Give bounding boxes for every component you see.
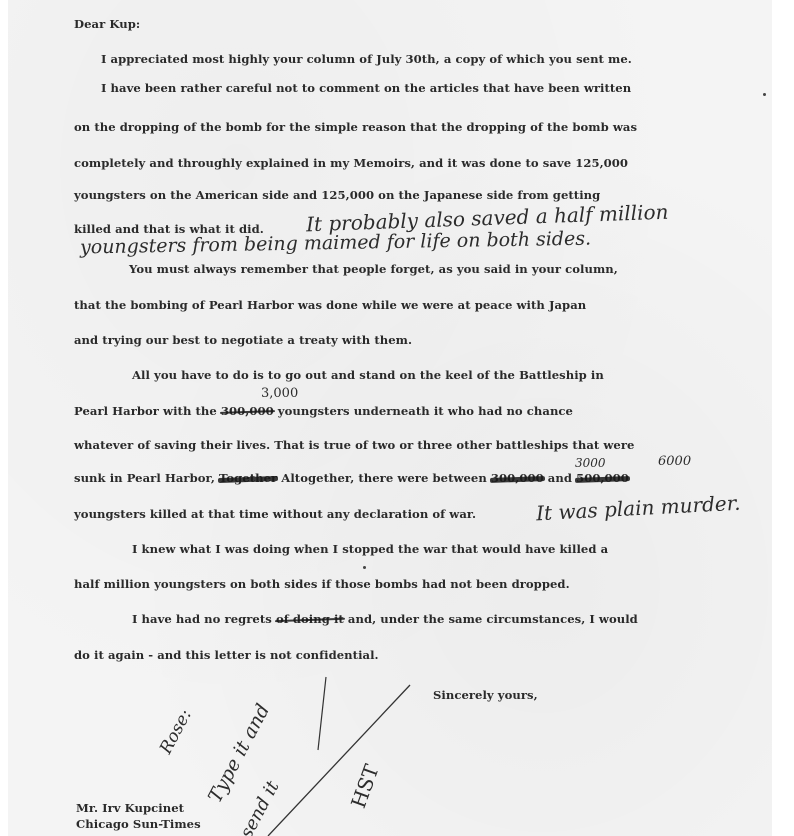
paragraph-4-line-5: youngsters killed at that time without a… [74, 507, 476, 521]
struck-phrase: of doing it [276, 612, 344, 626]
paragraph-4-line-4: sunk in Pearl Harbor, Together Altogethe… [74, 471, 629, 485]
paragraph-2-line-4: youngsters on the American side and 125,… [74, 188, 600, 202]
text-segment: Altogether, there were between [277, 471, 491, 485]
ink-mark [363, 566, 366, 569]
handwritten-correction-3000: 3,000 [261, 386, 298, 401]
paragraph-4-line-2: Pearl Harbor with the 300,000 youngsters… [74, 404, 573, 418]
paragraph-4-line-1: All you have to do is to go out and stan… [132, 368, 604, 382]
text-segment: and, under the same circumstances, I wou… [344, 612, 638, 626]
text-segment: youngsters underneath it who had no chan… [274, 404, 573, 418]
text-segment: I have had no regrets [132, 612, 276, 626]
paragraph-4-line-3: whatever of saving their lives. That is … [74, 438, 634, 452]
paragraph-6-line-1: I have had no regrets of doing it and, u… [132, 612, 638, 626]
paragraph-5-line-2: half million youngsters on both sides if… [74, 577, 570, 591]
struck-number: 300,000 [221, 404, 274, 418]
recipient-organization: Chicago Sun-Times [76, 817, 201, 831]
paragraph-2-line-1: I have been rather careful not to commen… [101, 81, 631, 95]
paragraph-1: I appreciated most highly your column of… [101, 52, 632, 66]
paragraph-3-line-2: that the bombing of Pearl Harbor was don… [74, 298, 586, 312]
paragraph-3-line-3: and trying our best to negotiate a treat… [74, 333, 412, 347]
recipient-name: Mr. Irv Kupcinet [76, 801, 184, 815]
struck-number: 300,000 [491, 471, 544, 485]
paragraph-5-line-1: I knew what I was doing when I stopped t… [132, 542, 608, 556]
text-segment: and [544, 471, 576, 485]
ink-mark [763, 93, 766, 96]
paragraph-2-line-3: completely and throughly explained in my… [74, 156, 628, 170]
handwritten-memo-strokes [148, 655, 438, 836]
closing: Sincerely yours, [433, 688, 538, 702]
paragraph-2-line-2: on the dropping of the bomb for the simp… [74, 120, 637, 134]
salutation: Dear Kup: [74, 17, 140, 31]
struck-word: Together [219, 471, 277, 485]
struck-number: 500,000 [576, 471, 629, 485]
handwritten-correction-6000: 6000 [658, 454, 691, 469]
letter-page: Dear Kup: I appreciated most highly your… [8, 0, 772, 836]
handwritten-note-plain-murder: It was plain murder. [536, 491, 741, 526]
text-segment: Pearl Harbor with the [74, 404, 221, 418]
handwritten-correction-3000-b: 3000 [575, 456, 606, 470]
paragraph-3-line-1: You must always remember that people for… [129, 262, 618, 276]
text-segment: sunk in Pearl Harbor, [74, 471, 219, 485]
